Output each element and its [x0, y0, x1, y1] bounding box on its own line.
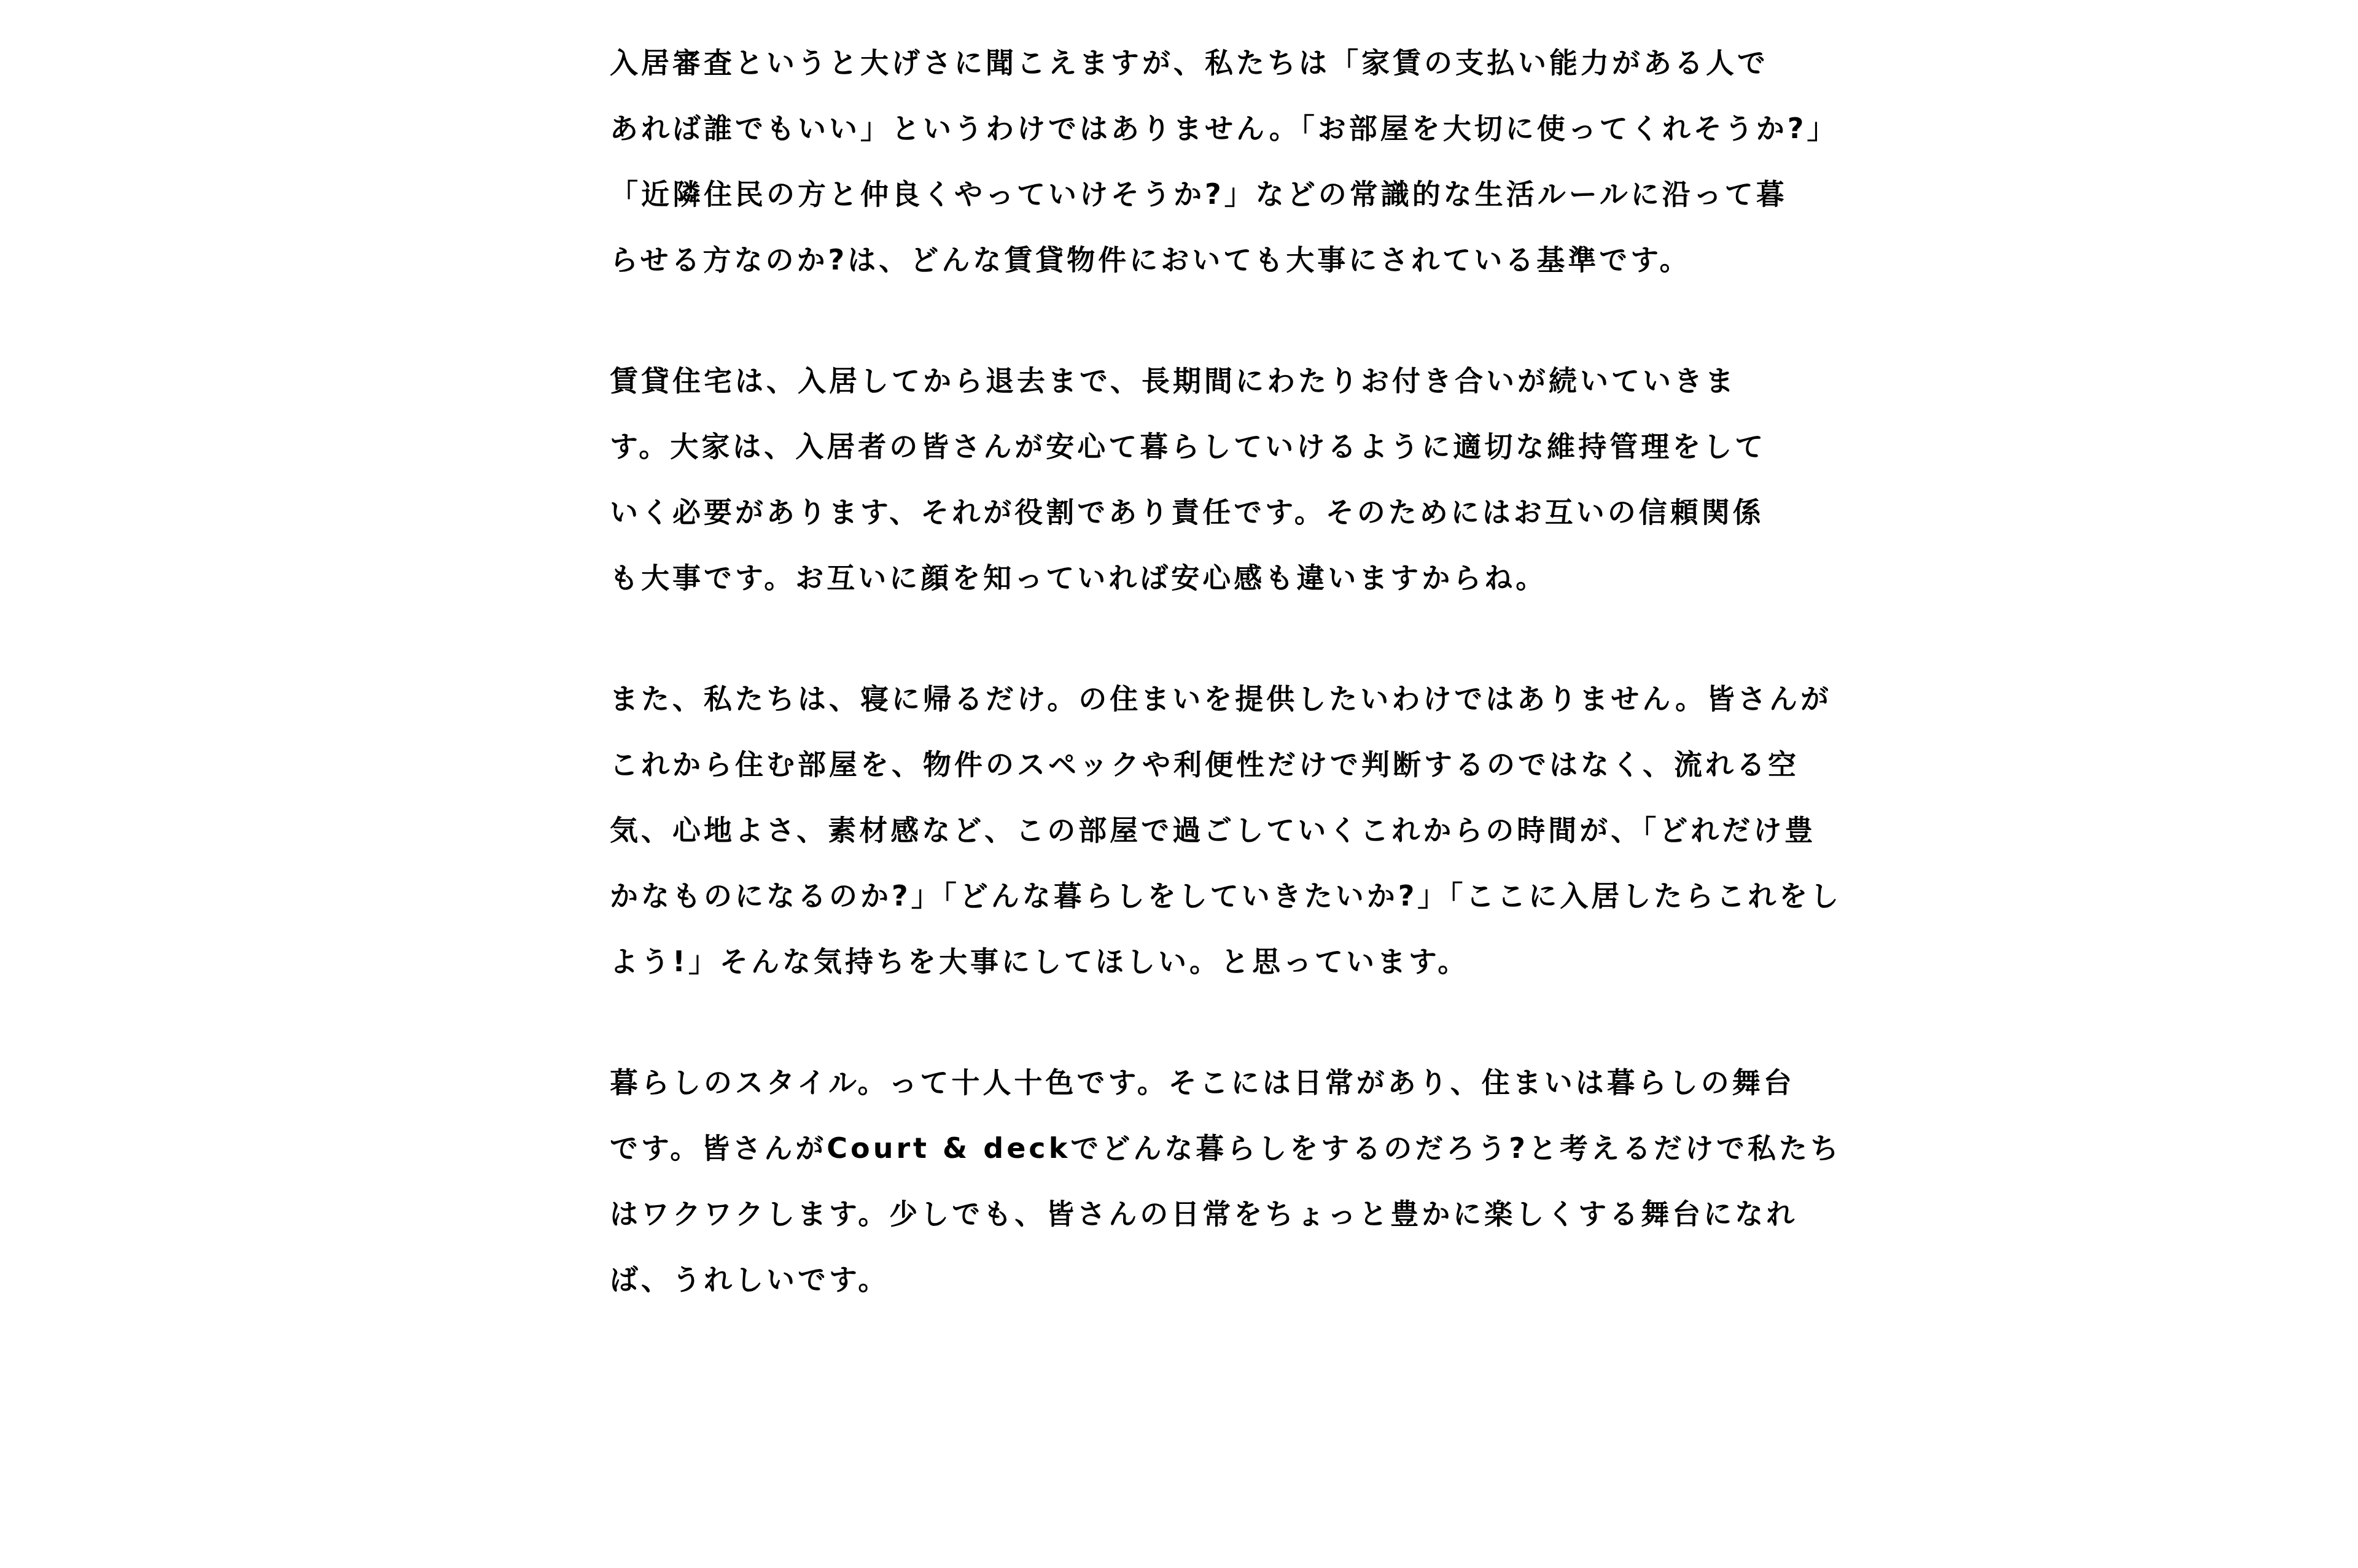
- text-line: 暮らしのスタイル。って十人十色です。そこには日常があり、住まいは暮らしの舞台: [610, 1050, 1783, 1116]
- text-line: 賃貸住宅は、入居してから退去まで、長期間にわたりお付き合いが続いていきま: [610, 348, 1783, 414]
- text-line: も大事です。お互いに顔を知っていれば安心感も違いますからね。: [610, 545, 1783, 611]
- paragraph-living-mindset: また、私たちは、寝に帰るだけ。の住まいを提供したいわけではありません。皆さんが …: [610, 666, 1783, 995]
- text-line: ば、うれしいです。: [610, 1247, 1783, 1313]
- text-line: かなものになるのか?」「どんな暮らしをしていきたいか?」「ここに入居したらこれを…: [610, 863, 1783, 929]
- text-line: 入居審査というと大げさに聞こえますが、私たちは「家賃の支払い能力がある人で: [610, 30, 1783, 96]
- text-line: 気、心地よさ、素材感など、この部屋で過ごしていくこれからの時間が、「どれだけ豊: [610, 798, 1783, 863]
- text-line: また、私たちは、寝に帰るだけ。の住まいを提供したいわけではありません。皆さんが: [610, 666, 1783, 732]
- paragraph-rental-relationship: 賃貸住宅は、入居してから退去まで、長期間にわたりお付き合いが続いていきま す。大…: [610, 348, 1783, 611]
- text-line: 「近隣住民の方と仲良くやっていけそうか?」などの常識的な生活ルールに沿って暮: [610, 161, 1783, 227]
- text-line: らせる方なのか?は、どんな賃貸物件においても大事にされている基準です。: [610, 227, 1783, 293]
- text-line: はワクワクします。少しでも、皆さんの日常をちょっと豊かに楽しくする舞台になれ: [610, 1181, 1783, 1247]
- text-line: あれば誰でもいい」というわけではありません。「お部屋を大切に使ってくれそうか?」: [610, 96, 1783, 161]
- paragraph-lifestyle-stage: 暮らしのスタイル。って十人十色です。そこには日常があり、住まいは暮らしの舞台 で…: [610, 1050, 1783, 1313]
- paragraph-tenant-screening: 入居審査というと大げさに聞こえますが、私たちは「家賃の支払い能力がある人で あれ…: [610, 30, 1783, 293]
- article-text-block: 入居審査というと大げさに聞こえますが、私たちは「家賃の支払い能力がある人で あれ…: [610, 30, 1783, 1313]
- text-line: これから住む部屋を、物件のスペックや利便性だけで判断するのではなく、流れる空: [610, 732, 1783, 798]
- text-line: す。大家は、入居者の皆さんが安心て暮らしていけるように適切な維持管理をして: [610, 414, 1783, 479]
- text-line: です。皆さんがCourt & deckでどんな暮らしをするのだろう?と考えるだけ…: [610, 1116, 1783, 1181]
- text-line: いく必要があります、それが役割であり責任です。そのためにはお互いの信頼関係: [610, 479, 1783, 545]
- text-line: よう!」そんな気持ちを大事にしてほしい。と思っています。: [610, 929, 1783, 995]
